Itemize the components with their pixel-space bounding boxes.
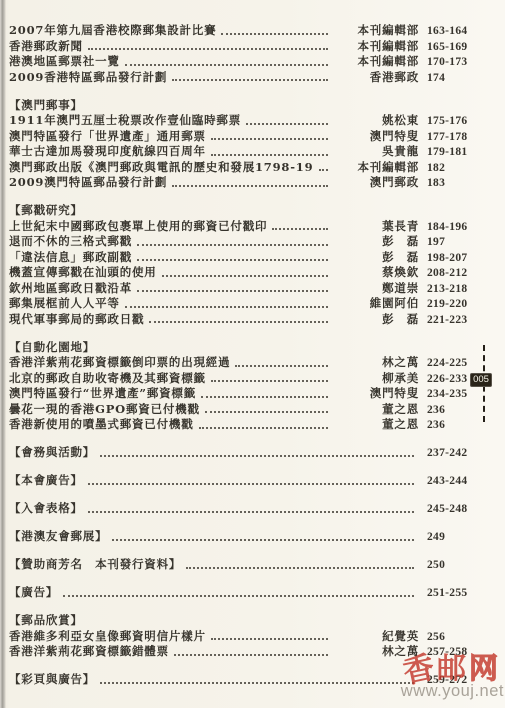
toc-entry-row: 港澳地區郵票社一覽 本刊編輯部 170-173 [9,54,489,70]
entry-title: 澳門特區發行「世界遺產」通用郵票 [9,129,206,145]
entry-author: 鄭道崇 [333,281,419,297]
toc-section-row: 【會務與活動】 237-242 [9,445,489,461]
toc-entry-row: 退而不休的三格式郵戳 彭 磊 197 [9,234,489,250]
dot-leader [88,483,414,485]
entry-title: 華士古達加馬發現印度航線四百周年 [9,144,206,160]
toc-entry-row: 上世紀末中國郵政包裹單上使用的郵資已付戳印 葉長青 184-196 [9,219,489,235]
dot-leader [211,138,328,140]
entry-page-range: 224-225 [427,356,489,372]
entry-page-range: 236 [427,403,489,419]
dot-leader [246,123,328,125]
entry-page-range: 213-218 [427,282,489,298]
toc-entry-row: 澳門郵政出版《澳門郵政與電訊的歷史和發展1798-1999》 本刊編輯部 182 [9,160,489,176]
dot-leader [272,228,328,230]
entry-author: 柳承美 [333,371,419,387]
toc-section-header: 【郵品欣賞】 [9,613,489,629]
table-of-contents: 2007年第九屆香港校際郵集設計比賽 本刊編輯部 163-164 香港郵政新聞 … [9,23,489,688]
section-gap [9,545,489,558]
section-gap [9,327,489,340]
entry-author: 姚松東 [333,113,419,129]
toc-section-row: 【港澳友會郵展】 249 [9,529,489,545]
toc-section-row: 【贊助商芳名 本刊發行資料】 250 [9,557,489,573]
section-title: 【港澳友會郵展】 [9,529,107,545]
section-page-range: 245-248 [427,502,489,518]
toc-entry-row: 曇花一現的香港GPO郵資已付機戳 董之恩 236 [9,402,489,418]
entry-page-range: 184-196 [427,220,489,236]
entry-page-range: 174 [427,71,489,87]
entry-title: 香港維多利亞女皇像郵資明信片樣片 [9,629,206,645]
entry-author: 葉長青 [333,219,419,235]
entry-title: 欽州地區郵政日戳沿革 [9,281,132,297]
entry-title: 香港郵政新聞 [9,39,83,55]
entry-title: 澳門郵政出版《澳門郵政與電訊的歷史和發展1798-1999》 [9,160,314,176]
entry-title: 現代軍事郵局的郵政日戳 [9,312,144,328]
entry-author: 彭 磊 [333,312,419,328]
entry-title: 澳門特區發行“世界遺產”郵資標籤 [9,386,196,402]
watermark-logo-char: 香 [401,653,440,688]
section-title: 【彩頁與廣告】 [9,672,95,688]
toc-section-row: 【本會廣告】 243-244 [9,473,489,489]
entry-title: 港澳地區郵票社一覽 [9,54,120,70]
dot-leader [162,275,328,277]
entry-title: 2009澳門特區郵品發行計劃 [9,175,167,191]
section-gap [9,573,489,586]
dot-leader [319,169,328,171]
section-gap [9,461,489,474]
section-title: 【郵戳研究】 [9,203,83,219]
toc-section-header: 【澳門郵事】 [9,98,489,114]
entry-title: 香港洋紫荊花郵資標籤倒印票的出現經過 [9,355,230,371]
dot-leader [88,511,414,513]
toc-entry-row: 北京的郵政自助收寄機及其郵資標籤 柳承美 226-233 [9,371,489,387]
toc-entry-row: 機蓋宣傳郵戳在汕頭的使用 蔡煥欽 208-212 [9,265,489,281]
entry-title: 郵集展框前人人平等 [9,296,120,312]
section-gap [9,433,489,446]
toc-entry-row: 郵集展框前人人平等 維園阿伯 219-220 [9,296,489,312]
toc-section-row: 【入會表格】 245-248 [9,501,489,517]
dot-leader [100,455,414,457]
entry-title: 退而不休的三格式郵戳 [9,234,132,250]
toc-entry-row: 2009香港特區郵品發行計劃 香港郵政 174 [9,70,489,86]
entry-author: 董之恩 [333,402,419,418]
site-watermark: 香邮网 www.youj.net [401,654,504,701]
entry-page-range: 183 [427,176,489,192]
dot-leader [149,321,328,323]
entry-title: 北京的郵政自助收寄機及其郵資標籤 [9,371,206,387]
section-title: 【贊助商芳名 本刊發行資料】 [9,557,181,573]
entry-page-range: 219-220 [427,297,489,313]
toc-entry-row: 欽州地區郵政日戳沿革 鄭道崇 213-218 [9,281,489,297]
entry-author: 本刊編輯部 [333,23,419,39]
dot-leader [137,259,328,261]
watermark-logo-char: 邮 [437,651,469,685]
dot-leader [112,539,414,541]
dot-leader [100,682,414,684]
toc-entry-row: 華士古達加馬發現印度航線四百周年 吳貴龍 179-181 [9,144,489,160]
dot-leader [137,244,328,246]
entry-author: 蔡煥欽 [333,265,419,281]
entry-page-range: 163-164 [427,24,489,40]
entry-author: 澳門特叟 [333,129,419,145]
toc-section-row: 【廣告】 251-255 [9,585,489,601]
entry-page-range: 256 [427,630,489,646]
toc-entry-row: 香港郵政新聞 本刊編輯部 165-169 [9,39,489,55]
entry-author: 香港郵政 [333,70,419,86]
dot-leader [174,654,328,656]
entry-title: 2009香港特區郵品發行計劃 [9,70,167,86]
entry-author: 本刊編輯部 [333,160,419,176]
scan-edge-strip [0,0,6,708]
section-title: 【廣告】 [9,585,58,601]
entry-author: 彭 磊 [333,234,419,250]
toc-entry-row: 現代軍事郵局的郵政日戳 彭 磊 221-223 [9,312,489,328]
entry-page-range: 179-181 [427,145,489,161]
entry-author: 澳門郵政 [333,175,419,191]
entry-page-range: 236 [427,418,489,434]
toc-entry-row: 2007年第九屆香港校際郵集設計比賽 本刊編輯部 163-164 [9,23,489,39]
section-title: 【會務與活動】 [9,445,95,461]
entry-title: 「違法信息」郵政副戳 [9,250,132,266]
section-page-range: 251-255 [427,586,489,602]
entry-author: 本刊編輯部 [333,39,419,55]
entry-page-range: 165-169 [427,40,489,56]
toc-entry-row: 澳門特區發行「世界遺產」通用郵票 澳門特叟 177-178 [9,129,489,145]
entry-title: 香港新使用的噴墨式郵資已付機戳 [9,417,194,433]
entry-page-range: 198-207 [427,251,489,267]
dot-leader [199,427,329,429]
section-gap [9,85,489,98]
watermark-logo: 香邮网 [401,654,504,683]
entry-page-range: 170-173 [427,55,489,71]
toc-entry-row: 澳門特區發行“世界遺產”郵資標籤 澳門特叟 234-235 [9,386,489,402]
toc-entry-row: 香港維多利亞女皇像郵資明信片樣片 紀覺英 256 [9,629,489,645]
entry-title: 上世紀末中國郵政包裹單上使用的郵資已付戳印 [9,219,267,235]
toc-entry-row: 1911年澳門五厘士稅票改作壹仙臨時郵票 姚松東 175-176 [9,113,489,129]
section-page-range: 237-242 [427,446,489,462]
entry-author: 彭 磊 [333,250,419,266]
dot-leader [186,567,414,569]
entry-author: 澳門特叟 [333,386,419,402]
entry-title: 曇花一現的香港GPO郵資已付機戳 [9,402,200,418]
dot-leader [211,380,328,382]
entry-author: 紀覺英 [333,629,419,645]
entry-title: 2007年第九屆香港校際郵集設計比賽 [9,23,216,39]
toc-entry-row: 香港洋紫荊花郵資標籤倒印票的出現經過 林之萬 224-225 [9,355,489,371]
section-page-range: 243-244 [427,474,489,490]
entry-author: 維園阿伯 [333,296,419,312]
toc-entry-row: 香港新使用的噴墨式郵資已付機戳 董之恩 236 [9,417,489,433]
dot-leader [63,595,414,597]
section-title: 【澳門郵事】 [9,98,83,114]
dot-leader [125,64,328,66]
toc-entry-row: 2009澳門特區郵品發行計劃 澳門郵政 183 [9,175,489,191]
entry-page-range: 234-235 [427,387,489,403]
dot-leader [205,411,328,413]
entry-page-range: 182 [427,161,489,177]
entry-author: 本刊編輯部 [333,54,419,70]
section-page-range: 250 [427,558,489,574]
section-page-range: 249 [427,530,489,546]
page-number-tab: 005 [470,373,492,387]
entry-page-range: 208-212 [427,266,489,282]
section-gap [9,601,489,614]
entry-page-range: 197 [427,235,489,251]
entry-title: 香港洋紫荊花郵資標籤錯體票 [9,644,169,660]
section-gap [9,489,489,502]
dot-leader [221,33,328,35]
dot-leader [235,365,328,367]
dot-leader [201,396,328,398]
dot-leader [125,306,328,308]
toc-entry-row: 「違法信息」郵政副戳 彭 磊 198-207 [9,250,489,266]
dot-leader [137,290,328,292]
dot-leader [211,154,328,156]
entry-page-range: 175-176 [427,114,489,130]
entry-author: 林之萬 [333,355,419,371]
watermark-logo-char: 网 [469,651,501,685]
section-title: 【入會表格】 [9,501,83,517]
entry-title: 1911年澳門五厘士稅票改作壹仙臨時郵票 [9,113,241,129]
toc-section-header: 【郵戳研究】 [9,203,489,219]
section-title: 【本會廣告】 [9,473,83,489]
dot-leader [172,79,328,81]
section-title: 【自動化園地】 [9,340,95,356]
section-gap [9,517,489,530]
entry-author: 董之恩 [333,417,419,433]
dot-leader [172,185,328,187]
toc-section-header: 【自動化園地】 [9,340,489,356]
entry-page-range: 177-178 [427,130,489,146]
entry-title: 機蓋宣傳郵戳在汕頭的使用 [9,265,157,281]
section-gap [9,191,489,204]
section-title: 【郵品欣賞】 [9,613,83,629]
entry-page-range: 221-223 [427,313,489,329]
dot-leader [88,48,328,50]
entry-author: 吳貴龍 [333,144,419,160]
dot-leader [211,638,328,640]
